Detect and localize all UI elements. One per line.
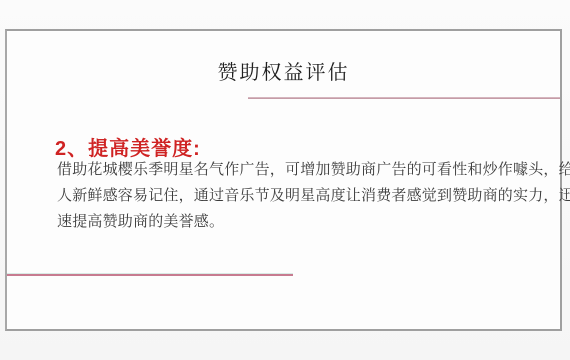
body-paragraph: 借助花城樱乐季明星名气作广告，可增加赞助商广告的可看性和炒作噱头，给 人新鲜感容… [57,157,532,235]
body-line: 借助花城樱乐季明星名气作广告，可增加赞助商广告的可看性和炒作噱头，给 [57,157,532,183]
bottom-divider-line [7,274,293,276]
slide-title: 赞助权益评估 [7,56,560,85]
presentation-slide: 赞助权益评估 2、提高美誉度: 借助花城樱乐季明星名气作广告，可增加赞助商广告的… [5,29,562,331]
body-line: 人新鲜感容易记住，通过音乐节及明星高度让消费者感觉到赞助商的实力，迅 [57,183,532,209]
app-background: 赞助权益评估 2、提高美誉度: 借助花城樱乐季明星名气作广告，可增加赞助商广告的… [0,0,570,360]
body-line: 速提高赞助商的美誉感。 [57,209,532,235]
title-divider-line [248,97,560,99]
